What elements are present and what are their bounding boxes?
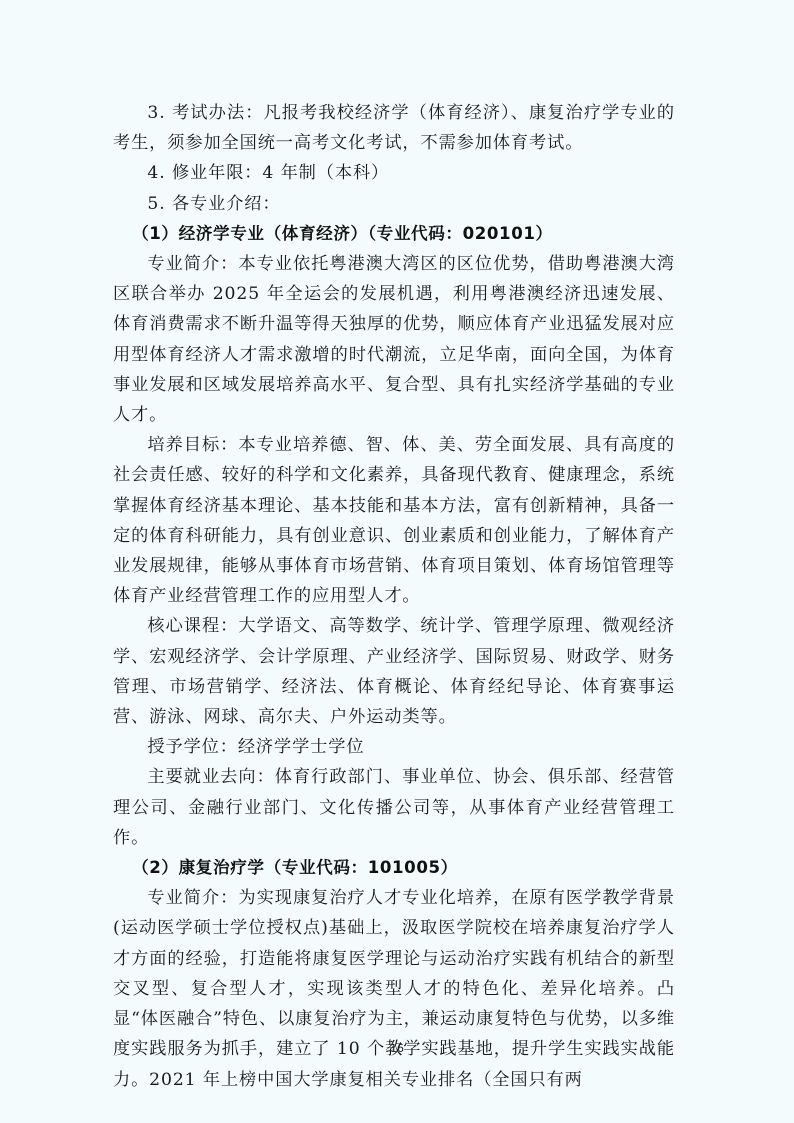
major2-heading: （2）康复治疗学（专业代码：101005） <box>113 853 675 883</box>
majors-intro-paragraph: 5. 各专业介绍： <box>113 189 675 219</box>
page-number: 16 <box>0 1042 794 1055</box>
major1-goal-paragraph: 培养目标：本专业培养德、智、体、美、劳全面发展、具有高度的社会责任感、较好的科学… <box>113 430 675 611</box>
major2-intro-paragraph: 专业简介：为实现康复治疗人才专业化培养，在原有医学教学背景(运动医学硕士学位授权… <box>113 883 675 1094</box>
major1-heading: （1）经济学专业（体育经济）（专业代码：020101） <box>113 219 675 249</box>
major1-intro-paragraph: 专业简介：本专业依托粤港澳大湾区的区位优势，借助粤港澳大湾区联合举办 2025 … <box>113 249 675 430</box>
major1-courses-paragraph: 核心课程：大学语文、高等数学、统计学、管理学原理、微观经济学、宏观经济学、会计学… <box>113 611 675 732</box>
major1-careers-paragraph: 主要就业去向：体育行政部门、事业单位、协会、俱乐部、经营管理公司、金融行业部门、… <box>113 762 675 853</box>
page-body: 3. 考试办法：凡报考我校经济学（体育经济）、康复治疗学专业的考生，须参加全国统… <box>113 98 675 1095</box>
major1-degree-paragraph: 授予学位：经济学学士学位 <box>113 732 675 762</box>
exam-method-paragraph: 3. 考试办法：凡报考我校经济学（体育经济）、康复治疗学专业的考生，须参加全国统… <box>113 98 675 158</box>
duration-paragraph: 4. 修业年限：4 年制（本科） <box>113 158 675 188</box>
